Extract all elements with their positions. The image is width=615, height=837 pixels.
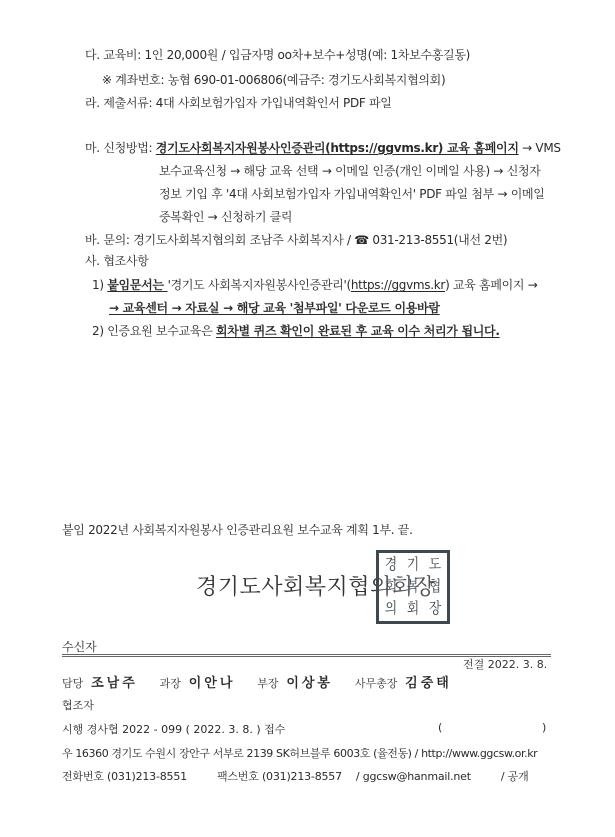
seal-char: 도 [426, 554, 445, 576]
apply-line-2: 보수교육신청 → 해당 교육 선택 → 이메일 인증(개인 이메일 사용) → … [159, 163, 541, 179]
seal-char: 기 [404, 554, 423, 576]
execution-line: 시행 경사협 2022 - 099 ( 2022. 3. 8. ) 접수 ( ) [62, 721, 552, 737]
disclosure-status: / 공개 [501, 770, 529, 783]
inquiry-label: 바. 문의: [85, 233, 130, 247]
documents-text: 4대 사회보험가입자 가입내역확인서 PDF 파일 [156, 96, 392, 110]
fax-number: 팩스번호 (031)213-8557 [217, 770, 342, 783]
approval-name: 이상봉 [286, 676, 333, 691]
seal-char: 장 [426, 598, 445, 620]
cooperation-item-1: 1) 붙임문서는 '경기도 사회복지자원봉사인증관리'(https://ggvm… [92, 277, 538, 293]
receipt-open: ( [438, 721, 442, 734]
documents-line: 라. 제출서류: 4대 사회보험가입자 가입내역확인서 PDF 파일 [85, 95, 392, 111]
apply-line-3: 정보 기입 후 '4대 사회보험가입자 가입내역확인서' PDF 파일 첨부 →… [159, 186, 545, 202]
inquiry-line: 바. 문의: 경기도사회복지협의회 조남주 사회복지사 / ☎ 031-213-… [85, 232, 507, 248]
approval-role: 사무총장 [355, 677, 398, 690]
fee-label: 다. 교육비: [85, 48, 141, 62]
seal-char: 의 [382, 598, 401, 620]
fee-text: 1인 20,000원 / 입금자명 oo차+보수+성명(예: 1차보수홍길동) [144, 48, 470, 62]
item-1-number: 1) [92, 278, 104, 292]
enactment-date: 전결 2022. 3. 8. [463, 656, 547, 672]
seal-char: 회 [404, 598, 423, 620]
execution-text: 시행 경사협 2022 - 099 ( 2022. 3. 8. ) 접수 [62, 723, 285, 736]
seal-char: 복 [404, 576, 423, 598]
item-2-plain: 인증요원 보수교육은 [107, 324, 216, 338]
approval-name: 김중태 [405, 676, 452, 691]
seal-char: 경 [382, 554, 401, 576]
official-seal: 경 기 도 회 복 협 의 회 장 [376, 550, 450, 624]
apply-line-4: 중복확인 → 신청하기 클릭 [159, 209, 292, 225]
contact-line: 전화번호 (031)213-8551팩스번호 (031)213-8557/ gg… [62, 768, 529, 784]
item-1-site-name: '경기도 사회복지자원봉사인증관리'( [168, 278, 351, 292]
cooperation-heading: 사. 협조사항 [85, 253, 149, 269]
documents-label: 라. 제출서류: [85, 96, 152, 110]
cooperator-label: 협조자 [62, 697, 94, 713]
approval-line: 담당 조남주 과장 이안나 부장 이상봉 사무총장 김중태 [62, 672, 470, 691]
approval-role: 부장 [257, 677, 278, 690]
account-line: ※ 계좌번호: 농협 690-01-006806(예금주: 경기도사회복지협의회… [102, 72, 445, 88]
attachment-note: 붙임 2022년 사회복지자원봉사 인증관리요원 보수교육 계획 1부. 끝. [62, 521, 413, 538]
apply-line-1: 마. 신청방법: 경기도사회복지자원봉사인증관리(https://ggvms.k… [85, 140, 561, 156]
item-2-emphasis: 회차별 퀴즈 확인이 완료된 후 교육 이수 처리가 됩니다. [216, 324, 500, 338]
address-line: 우 16360 경기도 수원시 장안구 서부로 2139 SK허브블루 6003… [62, 745, 537, 761]
item-1-tail: ) 교육 홈페이지 → [445, 278, 537, 292]
item-2-number: 2) [92, 324, 104, 338]
inquiry-text: 경기도사회복지협의회 조남주 사회복지사 / ☎ 031-213-8551(내선… [133, 233, 507, 247]
seal-char: 협 [426, 576, 445, 598]
email-address[interactable]: / ggcsw@hanmail.net [356, 770, 471, 783]
receipt-close: ) [542, 721, 546, 734]
approval-name: 조남주 [91, 676, 138, 691]
recipient-label: 수신자 [62, 638, 97, 655]
approval-role: 과장 [160, 677, 181, 690]
cooperation-item-2: 2) 인증요원 보수교육은 회차별 퀴즈 확인이 완료된 후 교육 이수 처리가… [92, 323, 500, 339]
apply-label: 마. 신청방법: [85, 141, 152, 155]
item-1-ggvms-link[interactable]: https://ggvms.kr [351, 278, 445, 292]
phone-number: 전화번호 (031)213-8551 [62, 770, 187, 783]
approval-role: 담당 [62, 677, 83, 690]
approval-name: 이안나 [189, 676, 236, 691]
apply-line1-tail: → VMS [522, 141, 561, 155]
seal-char: 회 [382, 576, 401, 598]
official-document-page: 다. 교육비: 1인 20,000원 / 입금자명 oo차+보수+성명(예: 1… [0, 0, 615, 837]
item-1-attached-doc: 붙임문서는 [107, 278, 167, 292]
apply-homepage-link[interactable]: 경기도사회복지자원봉사인증관리(https://ggvms.kr) 교육 홈페이… [156, 141, 519, 155]
cooperation-item-1-path: → 교육센터 → 자료실 → 해당 교육 '첨부파일' 다운로드 이용바람 [109, 300, 440, 316]
fee-line: 다. 교육비: 1인 20,000원 / 입금자명 oo차+보수+성명(예: 1… [85, 47, 470, 63]
